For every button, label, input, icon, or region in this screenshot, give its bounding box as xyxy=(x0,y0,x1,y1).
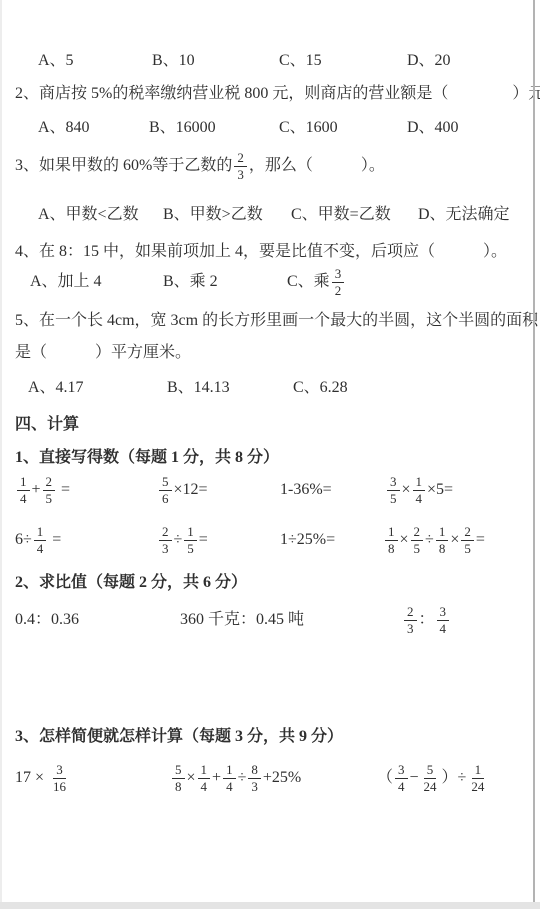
fraction: 18 xyxy=(436,524,449,556)
fraction: 23 xyxy=(234,150,247,182)
section-4-heading: 四、计算 xyxy=(15,411,79,434)
fraction: 32 xyxy=(332,266,345,298)
fraction: 23 xyxy=(404,604,417,636)
exam-page: A、5 B、10 C、15 D、20 2、商店按 5%的税率缴纳营业税 800 … xyxy=(0,0,540,909)
fraction: 14 xyxy=(34,524,47,556)
q5-option-a: A、4.17 xyxy=(28,374,84,397)
q2-option-c: C、1600 xyxy=(279,114,338,137)
fraction: 35 xyxy=(387,474,400,506)
fraction: 25 xyxy=(411,524,424,556)
fraction: 15 xyxy=(184,524,197,556)
question-3-text: 3、如果甲数的 60%等于乙数的23，那么（ ）。 xyxy=(15,148,385,184)
fraction: 58 xyxy=(172,762,185,794)
fraction: 18 xyxy=(385,524,398,556)
simplify-expr3: （34−524）÷124 xyxy=(377,758,489,798)
fraction: 316 xyxy=(50,762,69,794)
fraction: 124 xyxy=(468,762,487,794)
direct-row1-expr3: 1-36%= xyxy=(280,470,332,510)
fraction: 56 xyxy=(159,474,172,506)
page-bottom-edge xyxy=(0,902,540,909)
fraction: 34 xyxy=(395,762,408,794)
q4-option-c: C、乘32 xyxy=(287,264,346,300)
fraction: 83 xyxy=(248,762,261,794)
fraction: 25 xyxy=(43,474,56,506)
fraction: 14 xyxy=(223,762,236,794)
fraction: 14 xyxy=(17,474,30,506)
q1-option-c: C、15 xyxy=(279,47,322,70)
question-2-text: 2、商店按 5%的税率缴纳营业税 800 元，则商店的营业额是（ ）元。 xyxy=(15,80,540,103)
q2-option-b: B、16000 xyxy=(149,114,216,137)
q1-option-b: B、10 xyxy=(152,47,195,70)
page-left-edge xyxy=(0,0,2,902)
question-5-text-line1: 5、在一个长 4cm，宽 3cm 的长方形里画一个最大的半圆，这个半圆的面积 xyxy=(15,307,538,330)
direct-row1-expr2: 56×12= xyxy=(157,470,208,510)
ratio-heading: 2、求比值（每题 2 分，共 6 分） xyxy=(15,569,247,592)
q1-option-d: D、20 xyxy=(407,47,451,70)
direct-row2-expr3: 1÷25%= xyxy=(280,520,335,560)
ratio-expr3: 23：34 xyxy=(402,600,451,640)
simplify-heading: 3、怎样简便就怎样计算（每题 3 分，共 9 分） xyxy=(15,723,343,746)
direct-row2-expr4: 18×25÷18×25= xyxy=(383,520,485,560)
direct-row1-expr1: 14+25 = xyxy=(15,470,70,510)
ratio-expr2: 360 千克：0.45 吨 xyxy=(180,600,304,640)
fraction: 34 xyxy=(437,604,450,636)
ratio-expr1: 0.4：0.36 xyxy=(15,600,79,640)
direct-row2-expr1: 6÷14 = xyxy=(15,520,61,560)
q5-option-b: B、14.13 xyxy=(167,374,230,397)
question-5-text-line2: 是（ ）平方厘米。 xyxy=(15,339,191,362)
question-4-text: 4、在 8：15 中，如果前项加上 4，要是比值不变，后项应（ ）。 xyxy=(15,238,507,261)
simplify-expr1: 17 × 316 xyxy=(15,758,71,798)
page-right-edge xyxy=(533,0,535,902)
q4-option-b: B、乘 2 xyxy=(163,264,218,300)
fraction: 14 xyxy=(413,474,426,506)
direct-row2-expr2: 23÷15= xyxy=(157,520,208,560)
direct-row1-expr4: 35×14×5= xyxy=(385,470,453,510)
q2-option-d: D、400 xyxy=(407,114,459,137)
fraction: 23 xyxy=(159,524,172,556)
q1-option-a: A、5 xyxy=(38,47,74,70)
fraction: 25 xyxy=(461,524,474,556)
q2-option-a: A、840 xyxy=(38,114,90,137)
q5-option-c: C、6.28 xyxy=(293,374,348,397)
direct-calc-heading: 1、直接写得数（每题 1 分，共 8 分） xyxy=(15,444,279,467)
fraction: 524 xyxy=(421,762,440,794)
simplify-expr2: 58×14+14÷83+25% xyxy=(170,758,301,798)
fraction: 14 xyxy=(198,762,211,794)
q3-option-d: D、无法确定 xyxy=(418,201,510,224)
q4-option-a: A、加上 4 xyxy=(30,264,102,300)
q3-option-c: C、甲数=乙数 xyxy=(291,201,391,224)
q3-option-b: B、甲数>乙数 xyxy=(163,201,263,224)
q3-option-a: A、甲数<乙数 xyxy=(38,201,139,224)
